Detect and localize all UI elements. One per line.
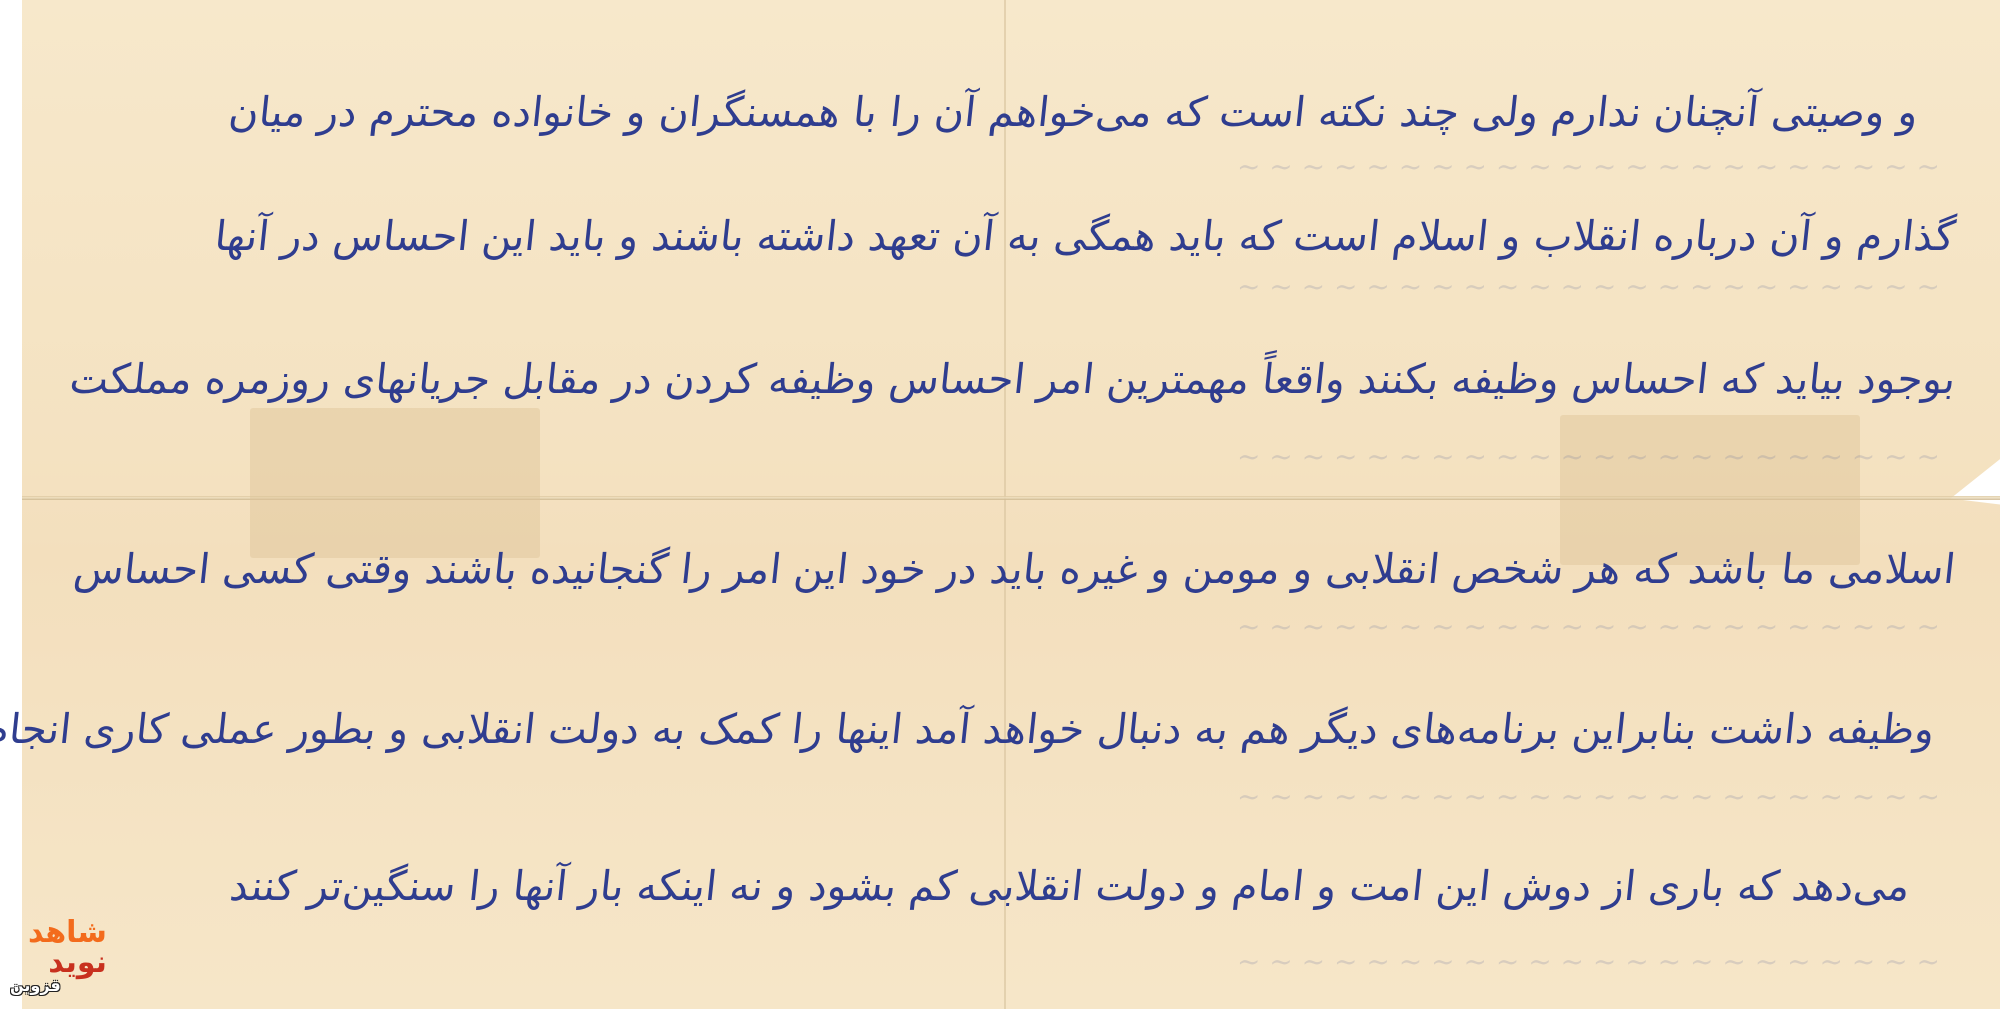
bleed-through-text: ~ ~ ~ ~ ~ ~ ~ ~ ~ ~ ~ ~ ~ ~ ~ ~ ~ ~ ~ ~ … (60, 440, 1940, 470)
tape-patch-right (1560, 415, 1860, 565)
bleed-through-text: ~ ~ ~ ~ ~ ~ ~ ~ ~ ~ ~ ~ ~ ~ ~ ~ ~ ~ ~ ~ … (60, 610, 1940, 640)
bleed-through-text: ~ ~ ~ ~ ~ ~ ~ ~ ~ ~ ~ ~ ~ ~ ~ ~ ~ ~ ~ ~ … (60, 780, 1940, 810)
logo-title-top: شاهد (28, 918, 107, 948)
handwritten-line-6: می‌دهد که باری از دوش این امت و امام و د… (228, 862, 1913, 910)
handwritten-line-2: گذارم و آن درباره انقلاب و اسلام است که … (212, 212, 1957, 260)
bleed-through-text: ~ ~ ~ ~ ~ ~ ~ ~ ~ ~ ~ ~ ~ ~ ~ ~ ~ ~ ~ ~ … (60, 150, 1940, 180)
logo-title: شاهد نوید (28, 918, 107, 978)
handwritten-line-1: و وصیتی آنچنان ندارم ولی چند نکته است که… (226, 88, 1920, 136)
tape-patch-left (250, 408, 540, 558)
bleed-through-text: ~ ~ ~ ~ ~ ~ ~ ~ ~ ~ ~ ~ ~ ~ ~ ~ ~ ~ ~ ~ … (60, 945, 1940, 975)
logo-subtitle: قزوین (10, 976, 61, 995)
handwritten-line-5: وظیفه داشت بنابراین برنامه‌های دیگر هم ب… (0, 705, 1938, 753)
handwritten-line-4: اسلامی ما باشد که هر شخص انقلابی و مومن … (71, 545, 1957, 593)
handwritten-line-3: بوجود بیاید که احساس وظیفه بکنند واقعاً … (67, 355, 1958, 403)
logo-title-bottom: نوید (48, 945, 107, 980)
watermark-logo: شاهد نوید قزوین (6, 918, 116, 998)
bleed-through-text: ~ ~ ~ ~ ~ ~ ~ ~ ~ ~ ~ ~ ~ ~ ~ ~ ~ ~ ~ ~ … (60, 270, 1940, 300)
